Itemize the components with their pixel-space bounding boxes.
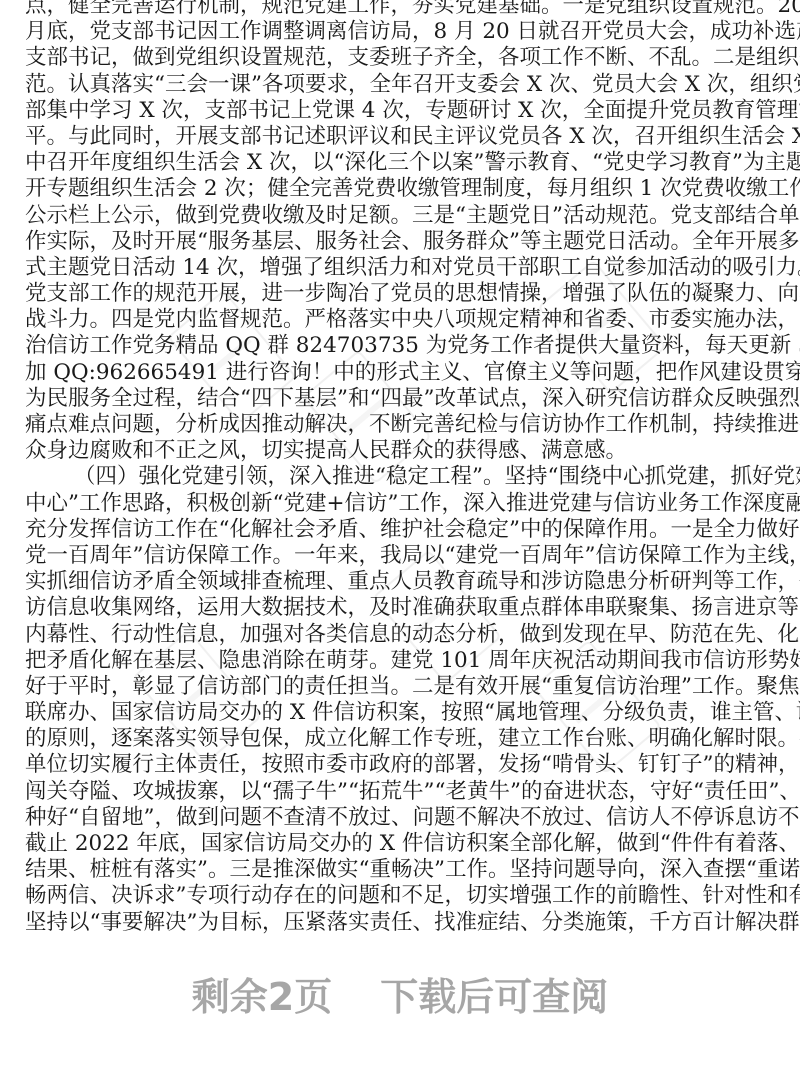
text-line: 痛点难点问题，分析成因推动解决，不断完善纪检与信访协作工作机制，持续推进整治群 bbox=[25, 412, 770, 438]
text-line: 式主题党日活动 14 次，增强了组织活力和对党员干部职工自觉参加活动的吸引力。通… bbox=[25, 255, 770, 281]
text-line: 访信息收集网络，运用大数据技术，及时准确获取重点群体串联聚集、扬言进京等深层次、 bbox=[25, 595, 770, 621]
text-line: 充分发挥信访工作在“化解社会矛盾、维护社会稳定”中的保障作用。一是全力做好“建 bbox=[25, 517, 770, 543]
text-line: 内幕性、行动性信息，加强对各类信息的动态分析，做到发现在早、防范在先、化解在小， bbox=[25, 622, 770, 648]
text-line: 种好“自留地”，做到问题不查清不放过、问题不解决不放过、信访人不停诉息访不放过。 bbox=[25, 805, 770, 831]
paragraph-end-line: 众身边腐败和不正之风，切实提高人民群众的获得感、满意感。 bbox=[25, 438, 770, 464]
text-line: 中心”工作思路，积极创新“党建+信访”工作，深入推进党建与信访业务工作深度融合， bbox=[25, 491, 770, 517]
download-prompt-banner[interactable]: 剩余2页下载后可查阅 bbox=[0, 968, 800, 1026]
text-line: 部集中学习 X 次，支部书记上党课 4 次，专题研讨 X 次，全面提升党员教育管… bbox=[25, 98, 770, 124]
download-to-view-label: 下载后可查阅 bbox=[380, 975, 608, 1019]
text-line: 单位切实履行主体责任，按照市委市政府的部署，发扬“啃骨头、钉钉子”的精神，勇于 bbox=[25, 752, 770, 778]
text-line: 的原则，逐案落实领导包保，成立化解工作专班，建立工作台账、明确化解时限。各相关 bbox=[25, 726, 770, 752]
text-line: 平。与此同时，开展支部书记述职评议和民主评议党员各 X 次，召开组织生活会 X … bbox=[25, 124, 770, 150]
text-line: 为民服务全过程，结合“四下基层”和“四最”改革试点，深入研究信访群众反映强烈的 bbox=[25, 386, 770, 412]
text-line: 中召开年度组织生活会 X 次，以“深化三个以案”警示教育、“党史学习教育”为主题… bbox=[25, 150, 770, 176]
text-line: 党一百周年”信访保障工作。一年来，我局以“建党一百周年”信访保障工作为主线，抓 bbox=[25, 543, 770, 569]
text-line: 党支部工作的规范开展，进一步陶冶了党员的思想情操，增强了队伍的凝聚力、向心力和 bbox=[25, 281, 770, 307]
text-line: 点，健全完善运行机制，规范党建工作，夯实党建基础。一是党组织设置规范。2022 … bbox=[25, 0, 770, 19]
text-line: 实抓细信访矛盾全领域排查梳理、重点人员教育疏导和涉访隐患分析研判等工作，健全涉 bbox=[25, 569, 770, 595]
text-line: 加 QQ:962665491 进行咨询！中的形式主义、官僚主义等问题，把作风建设… bbox=[25, 360, 770, 386]
text-line: 月底，党支部书记因工作调整调离信访局，8 月 20 日就召开党员大会，成功补选产… bbox=[25, 19, 770, 45]
remaining-pages-label: 剩余2页 bbox=[192, 975, 332, 1019]
document-page: 点，健全完善运行机制，规范党建工作，夯实党建基础。一是党组织设置规范。2022 … bbox=[0, 0, 800, 1076]
text-line: 开专题组织生活会 2 次；健全完善党费收缴管理制度，每月组织 1 次党费收缴工作… bbox=[25, 176, 770, 202]
text-line: 闯关夺隘、攻城拔寨，以“孺子牛”“拓荒牛”“老黄牛”的奋进状态，守好“责任田”、 bbox=[25, 779, 770, 805]
text-line: 支部书记，做到党组织设置规范，支委班子齐全，各项工作不断、不乱。二是组织生活规 bbox=[25, 45, 770, 71]
document-body: 点，健全完善运行机制，规范党建工作，夯实党建基础。一是党组织设置规范。2022 … bbox=[25, 0, 770, 936]
text-line: 联席办、国家信访局交办的 X 件信访积案，按照“属地管理、分级负责，谁主管、谁负… bbox=[25, 700, 770, 726]
text-line: 公示栏上公示，做到党费收缴及时足额。三是“主题党日”活动规范。党支部结合单位工 bbox=[25, 203, 770, 229]
text-line: 范。认真落实“三会一课”各项要求，全年召开支委会 X 次、党员大会 X 次，组织… bbox=[25, 72, 770, 98]
text-line: 截止 2022 年底，国家信访局交办的 X 件信访积案全部化解，做到“件件有着落… bbox=[25, 831, 770, 857]
text-line: 战斗力。四是党内监督规范。严格落实中央八项规定精神和省委、市委实施办法，坚决整 bbox=[25, 307, 770, 333]
text-line: 畅两信、决诉求”专项行动存在的问题和不足，切实增强工作的前瞻性、针对性和有效性。 bbox=[25, 883, 770, 909]
text-line: 作实际，及时开展“服务基层、服务社会、服务群众”等主题党日活动。全年开展多种形 bbox=[25, 229, 770, 255]
text-line: 把矛盾化解在基层、隐患消除在萌芽。建党 101 周年庆祝活动期间我市信访形势好于… bbox=[25, 648, 770, 674]
text-line: 好于平时，彰显了信访部门的责任担当。二是有效开展“重复信访治理”工作。聚焦中央 bbox=[25, 674, 770, 700]
text-line: 治信访工作党务精品 QQ 群 824703735 为党务工作者提供大量资料，每天… bbox=[25, 333, 770, 359]
text-line: 结果、桩桩有落实”。三是推深做实“重畅决”工作。坚持问题导向，深入查摆“重诺言、 bbox=[25, 857, 770, 883]
section-heading-line: （四）强化党建引领，深入推进“稳定工程”。坚持“围绕中心抓党建，抓好党建促 bbox=[25, 464, 770, 490]
text-line: 坚持以“事要解决”为目标，压紧落实责任、找准症结、分类施策，千方百计解决群众的 bbox=[25, 910, 770, 936]
